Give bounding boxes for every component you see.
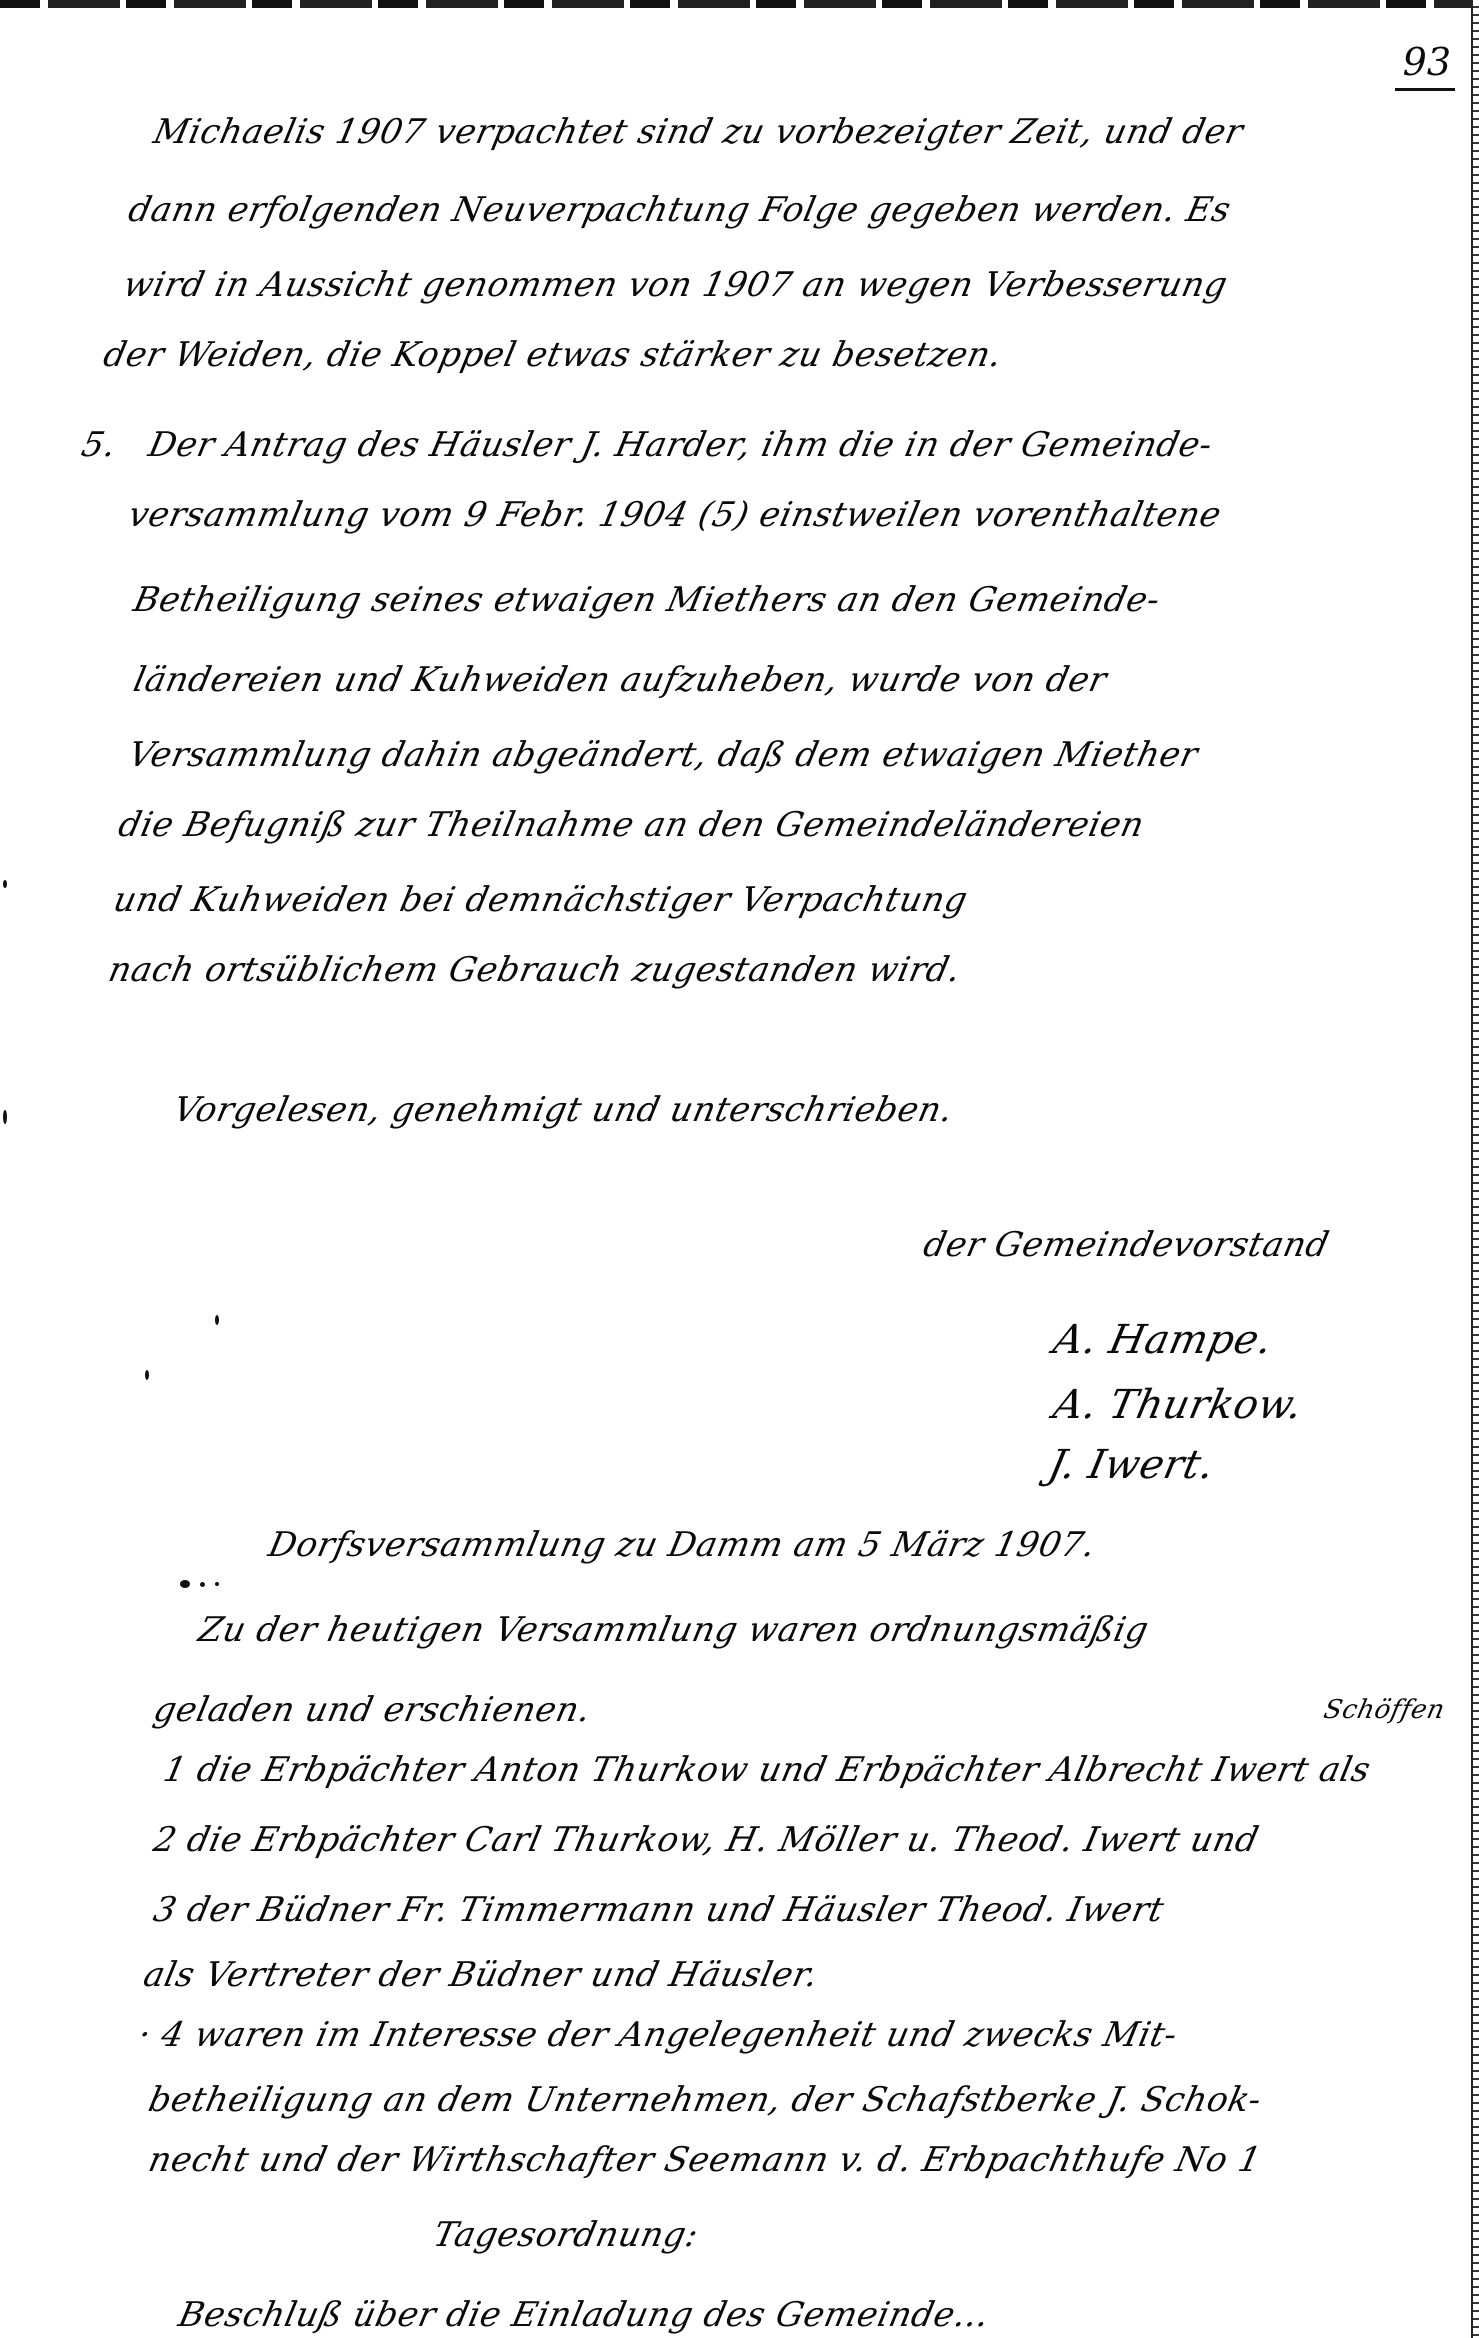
signature-thurkow: A. Thurkow.: [1050, 1385, 1306, 1425]
list-item: als Vertreter der Büdner und Häusler.: [140, 1955, 822, 1995]
ink-speck: [3, 1110, 7, 1124]
list-text: waren im Interesse der Angelegenheit und…: [191, 2015, 1181, 2055]
text-line: dann erfolgenden Neuverpachtung Folge ge…: [125, 190, 1234, 230]
text-line: geladen und erschienen.: [150, 1690, 594, 1730]
agenda-heading: Tagesordnung:: [430, 2215, 702, 2255]
page-top-edge: [0, 0, 1479, 8]
text-line: nach ortsüblichem Gebrauch zugestanden w…: [105, 950, 964, 990]
ink-speck: [215, 1315, 219, 1325]
text-line: Versammlung dahin abgeändert, daß dem et…: [125, 735, 1202, 775]
text-line: Betheiligung seines etwaigen Miethers an…: [130, 580, 1164, 620]
list-number: 2: [150, 1820, 181, 1860]
meeting-title: Dorfsversammlung zu Damm am 5 März 1907.: [265, 1525, 1099, 1565]
approval-formula: Vorgelesen, genehmigt und unterschrieben…: [170, 1090, 957, 1130]
text-line: ländereien und Kuhweiden aufzuheben, wur…: [130, 660, 1110, 700]
list-number: 1: [160, 1750, 191, 1790]
margin-note: Schöffen: [1320, 1690, 1449, 1730]
list-text: necht und der Wirthschafter Seemann v. d…: [145, 2140, 1265, 2180]
signature-iwert: J. Iwert.: [1045, 1445, 1218, 1485]
list-text: die Erbpächter Carl Thurkow, H. Möller u…: [183, 1820, 1262, 1860]
list-item: 1 die Erbpächter Anton Thurkow und Erbpä…: [160, 1750, 1374, 1790]
list-item: necht und der Wirthschafter Seemann v. d…: [145, 2140, 1265, 2180]
list-text: betheiligung an dem Unternehmen, der Sch…: [145, 2080, 1265, 2120]
text-line: Zu der heutigen Versammlung waren ordnun…: [195, 1610, 1152, 1650]
ink-speck: [180, 1580, 190, 1588]
text-line: Der Antrag des Häusler J. Harder, ihm di…: [145, 425, 1216, 465]
page-number: 93: [1395, 40, 1455, 91]
list-number: 3: [150, 1890, 181, 1930]
document-page: 93 Michaelis 1907 verpachtet sind zu vor…: [0, 0, 1479, 2338]
list-text: der Büdner Fr. Timmermann und Häusler Th…: [183, 1890, 1167, 1930]
ink-speck: [215, 1582, 219, 1586]
text-line: und Kuhweiden bei demnächstiger Verpacht…: [110, 880, 971, 920]
signatory-title: der Gemeindevorstand: [920, 1225, 1333, 1265]
text-line: wird in Aussicht genommen von 1907 an we…: [120, 265, 1231, 305]
list-text: als Vertreter der Büdner und Häusler.: [140, 1955, 822, 1995]
ink-speck: [145, 1370, 149, 1380]
list-item: 2 die Erbpächter Carl Thurkow, H. Möller…: [150, 1820, 1262, 1860]
list-item: 3 der Büdner Fr. Timmermann und Häusler …: [150, 1890, 1168, 1930]
ink-speck: [200, 1582, 205, 1587]
list-item: betheiligung an dem Unternehmen, der Sch…: [145, 2080, 1265, 2120]
text-line: der Weiden, die Koppel etwas stärker zu …: [100, 335, 1006, 375]
text-line: Michaelis 1907 verpachtet sind zu vorbez…: [150, 112, 1247, 152]
page-binding-edge: [1471, 0, 1479, 2338]
text-line: die Befugniß zur Theilnahme an den Gemei…: [115, 805, 1148, 845]
text-line: versammlung vom 9 Febr. 1904 (5) einstwe…: [125, 495, 1225, 535]
signature-hampe: A. Hampe.: [1050, 1320, 1276, 1360]
item-number: 5.: [78, 425, 120, 465]
list-text: die Erbpächter Anton Thurkow und Erbpäch…: [193, 1750, 1374, 1790]
ink-speck: [3, 880, 7, 888]
text-line-partial: Beschluß über die Einladung des Gemeinde…: [175, 2295, 993, 2335]
list-item: · 4 waren im Interesse der Angelegenheit…: [135, 2015, 1181, 2055]
list-number: 4: [158, 2015, 189, 2055]
